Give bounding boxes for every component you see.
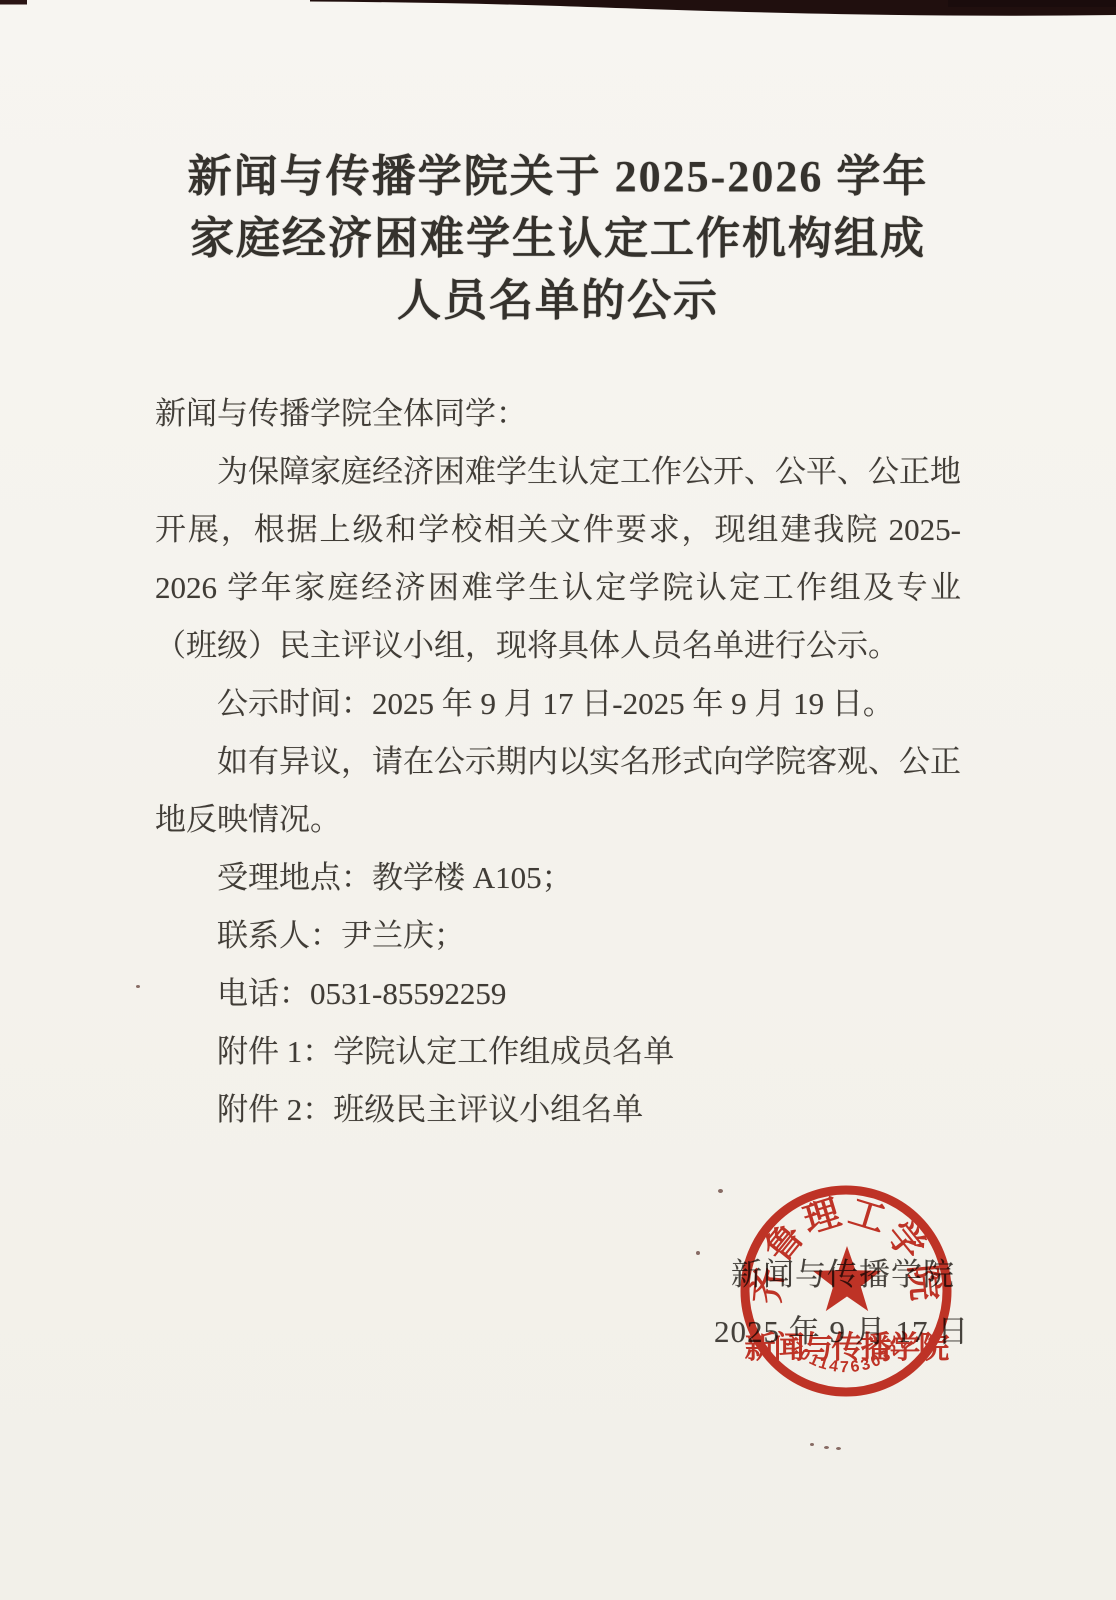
scanned-notice-page: 新闻与传播学院关于 2025-2026 学年 家庭经济困难学生认定工作机构组成 …	[0, 0, 1116, 1600]
paragraph-intro: 为保障家庭经济困难学生认定工作公开、公平、公正地开展，根据上级和学校相关文件要求…	[155, 443, 961, 675]
paragraph-attachment-1: 附件 1：学院认定工作组成员名单	[155, 1023, 961, 1081]
paragraph-objection: 如有异议，请在公示期内以实名形式向学院客观、公正地反映情况。	[155, 733, 961, 849]
scan-speck	[136, 985, 140, 988]
paragraph-location: 受理地点：教学楼 A105；	[155, 849, 961, 907]
document-body: 新闻与传播学院全体同学： 为保障家庭经济困难学生认定工作公开、公平、公正地开展，…	[155, 385, 961, 1139]
scan-edge-artifact	[0, 0, 1116, 22]
title-line-3: 人员名单的公示	[0, 270, 1116, 332]
official-seal: 齐鲁理工学院 新闻与传播学院 3701147630322	[660, 1120, 1040, 1470]
paragraph-contact-person: 联系人：尹兰庆；	[155, 907, 961, 965]
star-icon	[813, 1246, 881, 1311]
paragraph-phone: 电话：0531-85592259	[155, 965, 961, 1023]
title-line-2: 家庭经济困难学生认定工作机构组成	[0, 208, 1116, 270]
document-title: 新闻与传播学院关于 2025-2026 学年 家庭经济困难学生认定工作机构组成 …	[0, 146, 1116, 332]
title-line-1: 新闻与传播学院关于 2025-2026 学年	[0, 146, 1116, 208]
salutation: 新闻与传播学院全体同学：	[155, 385, 961, 443]
paragraph-publicity-period: 公示时间：2025 年 9 月 17 日-2025 年 9 月 19 日。	[155, 675, 961, 733]
